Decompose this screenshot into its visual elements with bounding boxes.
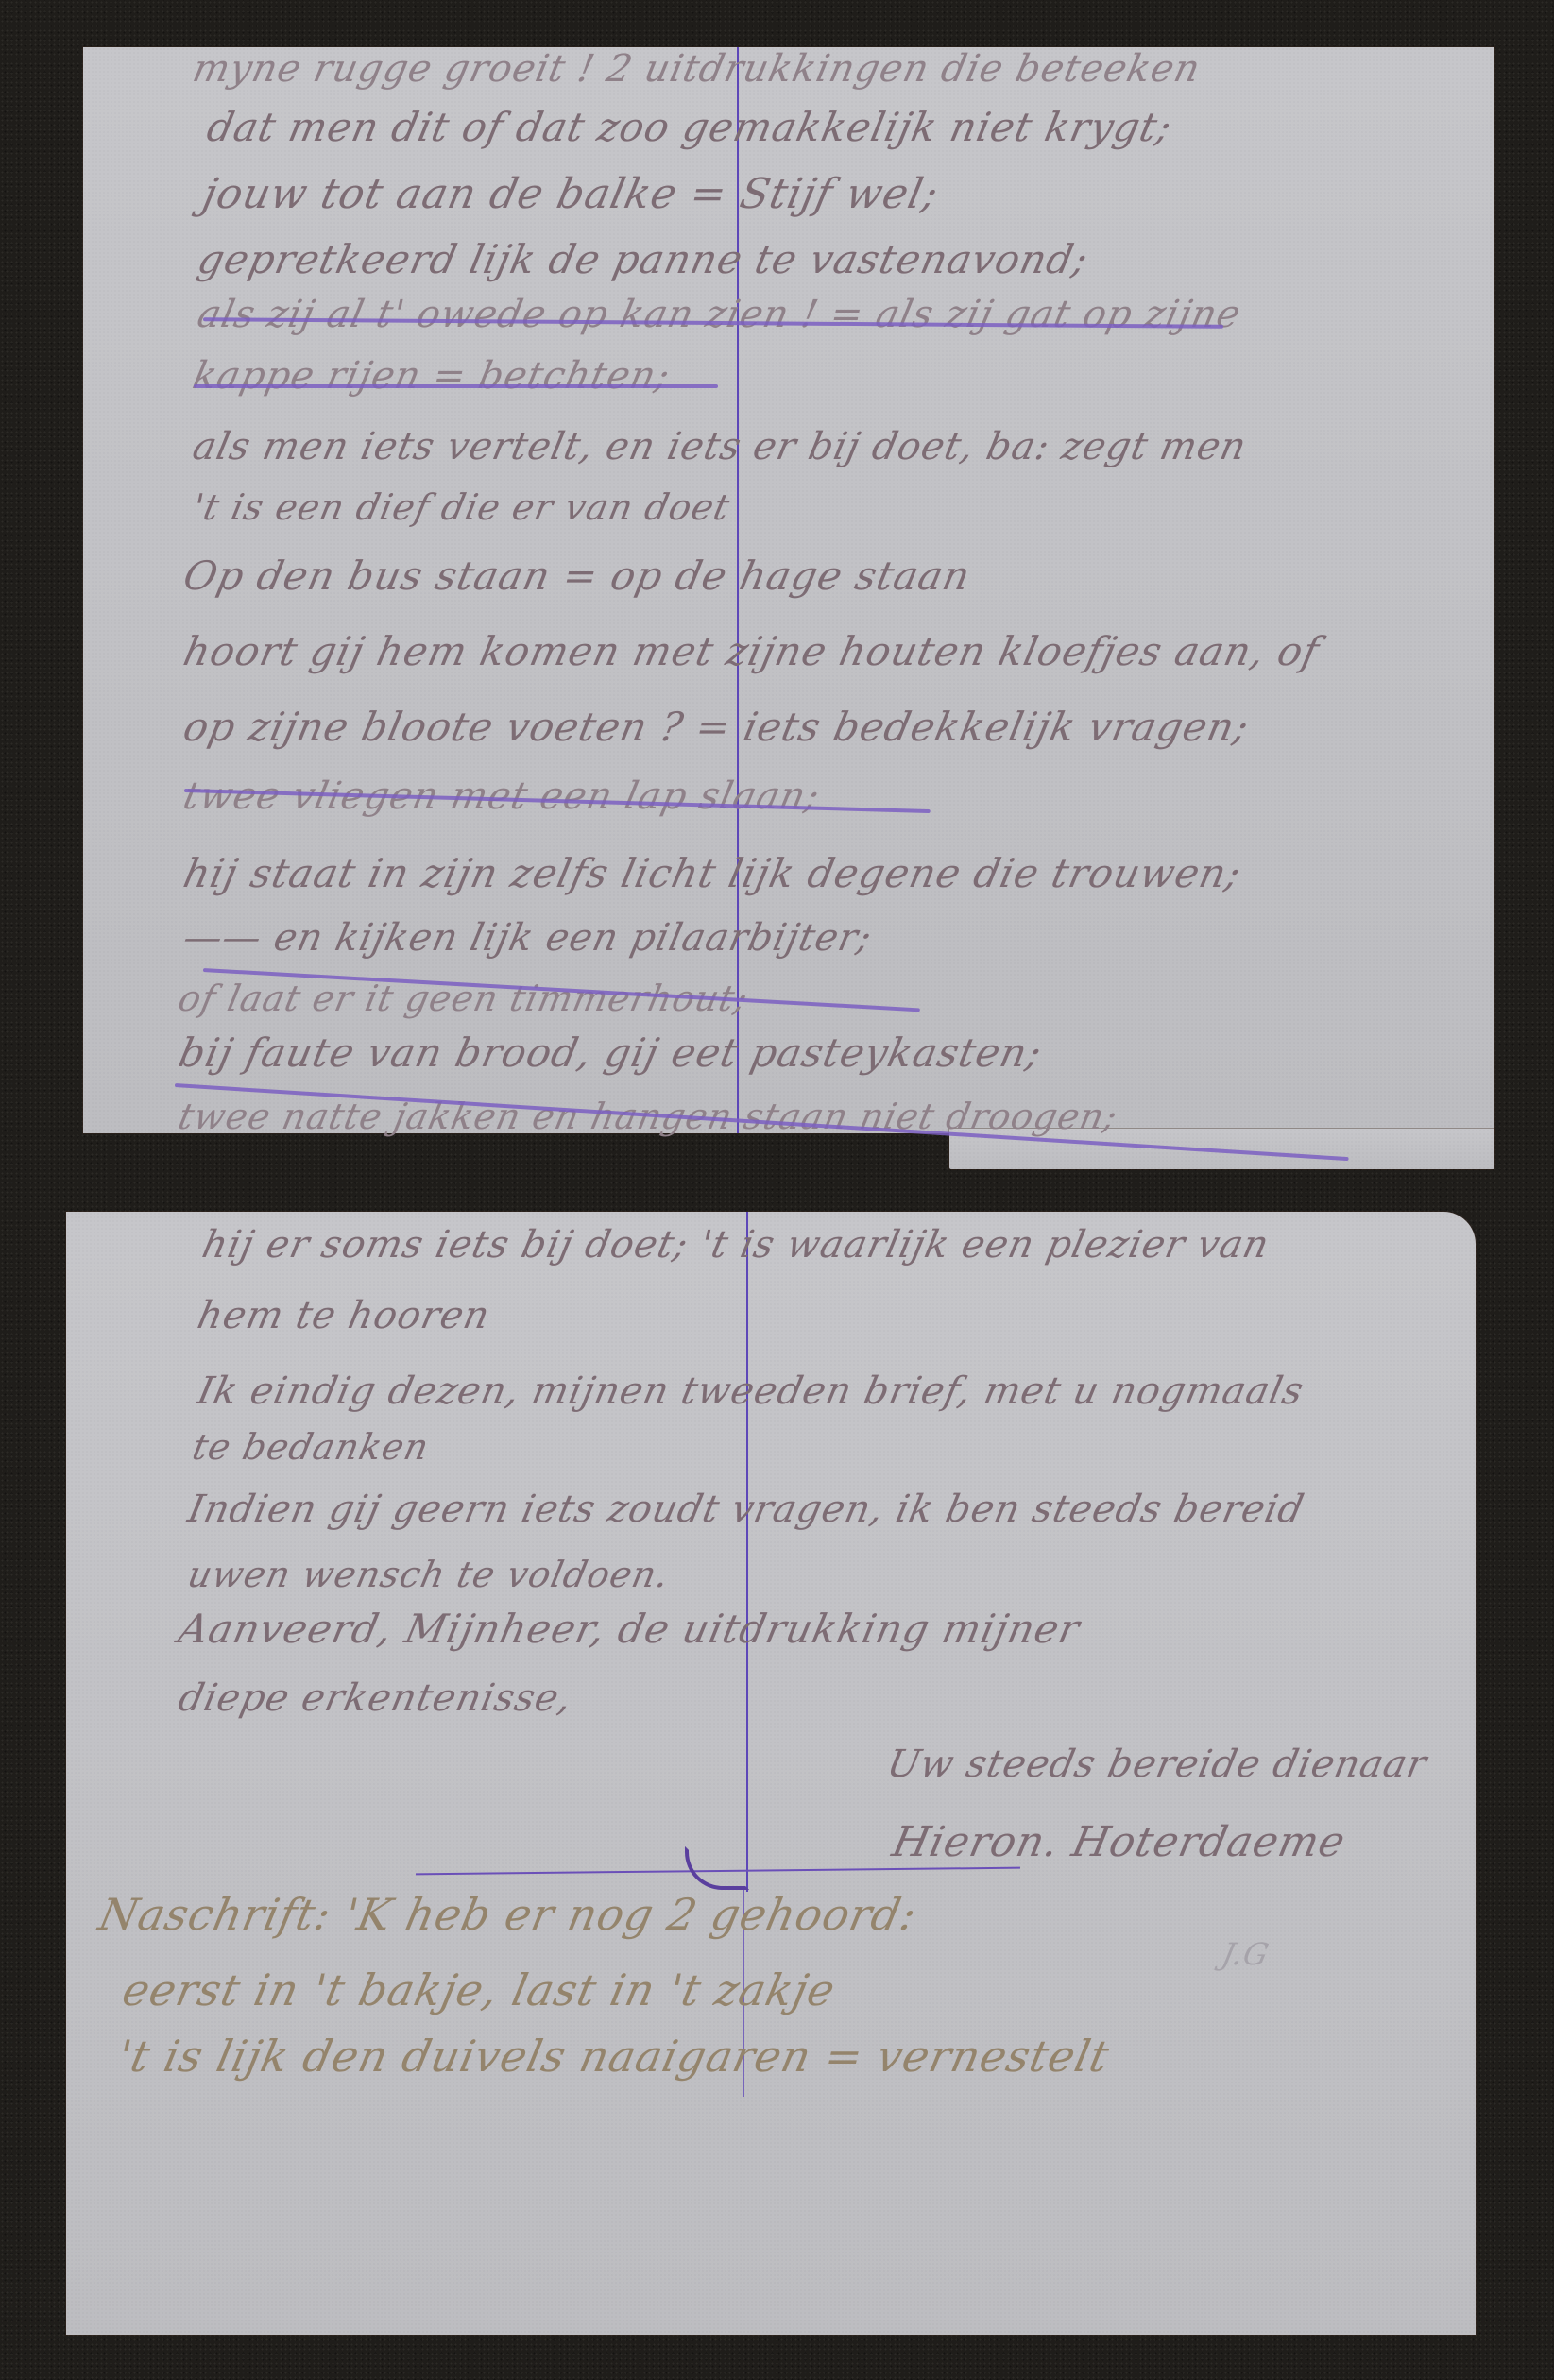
handwritten-line: Op den bus staan = op de hage staan — [179, 552, 975, 599]
handwritten-line: hij staat in zijn zelfs licht lijk degen… — [179, 850, 1246, 896]
pencil-initials: J.G — [1219, 1936, 1272, 1972]
handwritten-line-struck: twee vliegen met een lap slaan; — [179, 774, 824, 818]
signature: Hieron. Hoterdaeme — [888, 1818, 1350, 1866]
handwritten-line: myne rugge groeit ! 2 uitdrukkingen die … — [189, 47, 1204, 91]
handwritten-line: hem te hooren — [194, 1294, 494, 1337]
handwritten-line: hij er soms iets bij doet; 't is waarlij… — [198, 1223, 1273, 1266]
handwritten-line: uwen wensch te voldoen. — [184, 1554, 674, 1595]
handwritten-line-struck: als zij al t' owede op kan zien ! = als … — [194, 293, 1245, 336]
handwritten-line: als men iets vertelt, en iets er bij doe… — [189, 425, 1251, 468]
handwritten-line: bij faute van brood, gij eet pasteykaste… — [175, 1029, 1047, 1076]
handwritten-line-struck: kappe rijen = betchten; — [189, 354, 675, 398]
handwritten-line: op zijne bloote voeten ? = iets bedekkel… — [179, 704, 1254, 750]
vertical-pen-line-bottom — [746, 1212, 748, 1892]
handwritten-line: 't is een dief die er van doet — [189, 486, 734, 528]
handwritten-line: hoort gij hem komen met zijne houten klo… — [179, 628, 1323, 674]
handwritten-line: —— en kijken lijk een pilaarbijter; — [179, 916, 876, 960]
handwritten-line: Aanveerd, Mijnheer, de uitdrukking mijne… — [175, 1606, 1084, 1652]
handwritten-line: Ik eindig dezen, mijnen tweeden brief, m… — [194, 1369, 1307, 1413]
closing-line: Uw steeds bereide dienaar — [883, 1742, 1431, 1786]
handwritten-line: Indien gij geern iets zoudt vragen, ik b… — [184, 1487, 1308, 1531]
handwritten-line: diepe erkentenisse, — [175, 1676, 576, 1720]
postscript-line: eerst in 't bakje, last in 't zakje — [118, 1964, 840, 2015]
handwritten-line: te bedanken — [189, 1426, 433, 1468]
postscript-line: 't is lijk den duivels naaigaren = verne… — [113, 2031, 1114, 2082]
handwritten-line: gepretkeerd lijk de panne te vastenavond… — [194, 236, 1093, 282]
handwritten-line: dat men dit of dat zoo gemakkelijk niet … — [203, 104, 1176, 150]
postscript-line: Naschrift: 'K heb er nog 2 gehoord: — [94, 1889, 922, 1940]
handwritten-line: jouw tot aan de balke = Stijf wel; — [198, 170, 943, 218]
strikethrough-mark — [194, 384, 718, 388]
